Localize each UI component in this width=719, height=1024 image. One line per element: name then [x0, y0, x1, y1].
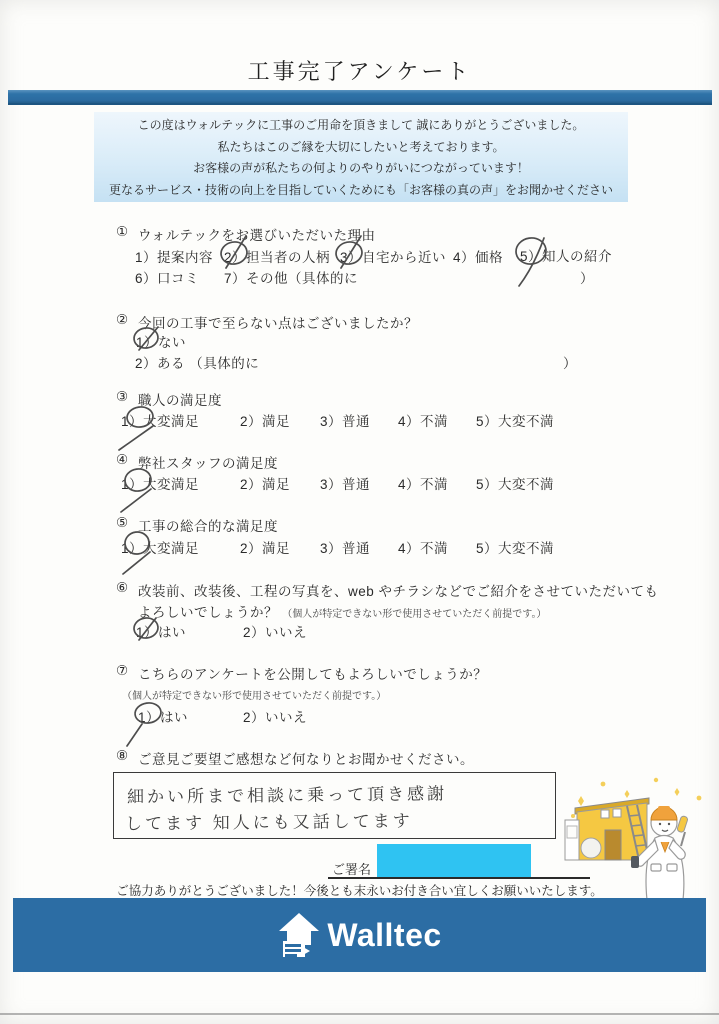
option-q7-yes: 1）はい [138, 706, 188, 726]
question-1-number: ① [116, 224, 128, 240]
option-q3-2: 2）満足 [240, 410, 290, 430]
question-6-title-line2-text: よろしいでしょうか？ [138, 605, 278, 620]
question-7-title: こちらのアンケートを公開してもよろしいでしょうか？ [138, 663, 487, 683]
option-q3-1: 1）大変満足 [121, 410, 199, 430]
intro-line: 私たちはこのご縁を大切にしたいと考えております。 [94, 138, 628, 155]
question-3-number: ③ [116, 389, 128, 405]
option-q1-2: 2）担当者の人柄 [224, 246, 330, 266]
scan-edge-line [0, 1013, 719, 1015]
question-6-title-line2: よろしいでしょうか？ （個人が特定できない形で使用させていただく前提です。） [138, 601, 546, 621]
option-q2-2: 2）ある （具体的に [135, 352, 259, 372]
option-q1-7: 7）その他（具体的に [224, 267, 358, 287]
question-5-number: ⑤ [116, 515, 128, 531]
handwritten-comment-line: してます 知人にも又話してます [125, 806, 413, 834]
question-2-title: 今回の工事で至らない点はございましたか？ [138, 312, 418, 332]
question-6-note: （個人が特定できない形で使用させていただく前提です。） [282, 609, 546, 620]
intro-line: この度はウォルテックに工事のご用命を頂きまして 誠にありがとうございました。 [94, 116, 628, 133]
question-6-title-line1: 改装前、改装後、工程の写真を、web やチラシなどでご紹介をさせていただいても [138, 580, 659, 600]
option-q2-1: 1）ない [136, 331, 186, 351]
walltec-house-logo-icon [277, 911, 321, 959]
option-q4-2: 2）満足 [240, 473, 290, 493]
page-title: 工事完了アンケート [0, 55, 719, 86]
question-7-number: ⑦ [116, 663, 128, 679]
option-q4-5: 5）大変不満 [476, 473, 554, 493]
footer-band: Walltec [13, 898, 706, 972]
question-2-number: ② [116, 312, 128, 328]
option-q1-5: 5）知人の紹介 [520, 245, 612, 265]
question-3-title: 職人の満足度 [138, 389, 222, 409]
question-4-title: 弊社スタッフの満足度 [138, 452, 278, 472]
option-q4-1: 1）大変満足 [121, 473, 199, 493]
signature-redaction [377, 844, 531, 878]
option-q5-4: 4）不満 [398, 537, 448, 557]
intro-line: お客様の声が私たちの何よりのやりがいにつながっています！ [94, 159, 628, 176]
walltec-logo-text: Walltec [327, 917, 441, 954]
question-7-note: （個人が特定できない形で使用させていただく前提です。） [122, 687, 386, 702]
option-q5-3: 3）普通 [320, 537, 370, 557]
option-q5-2: 2）満足 [240, 537, 290, 557]
option-q4-3: 3）普通 [320, 473, 370, 493]
option-q5-1: 1）大変満足 [121, 537, 199, 557]
signature-underline [328, 877, 590, 879]
house-icon [565, 798, 649, 860]
question-4-number: ④ [116, 452, 128, 468]
option-q4-4: 4）不満 [398, 473, 448, 493]
question-8-title: ご意見ご要望ご感想など何なりとお聞かせください。 [138, 748, 474, 768]
q2-aru-close-paren: ） [563, 352, 577, 372]
option-q7-no: 2）いいえ [243, 706, 307, 726]
intro-line: 更なるサービス・技術の向上を目指していくためにも「お客様の真の声」をお聞かせくだ… [94, 181, 628, 198]
question-5-title: 工事の総合的な満足度 [138, 515, 278, 535]
option-q1-6: 6）口コミ [135, 267, 199, 287]
circle-mark-q7-1-tail [127, 724, 142, 746]
option-q6-yes: 1）はい [136, 621, 186, 641]
handwritten-comment-line: 細かい所まで相談に乗って頂き感謝 [127, 779, 447, 807]
question-6-number: ⑥ [116, 580, 128, 596]
option-q3-4: 4）不満 [398, 410, 448, 430]
option-q6-no: 2）いいえ [243, 621, 307, 641]
closing-thanks: ご協力ありがとうございました！今後とも末永いお付き合い宜しくお願いいたします。 [0, 881, 719, 899]
option-q1-1: 1）提案内容 [135, 246, 213, 266]
q1-other-close-paren: ） [580, 267, 594, 287]
option-q3-5: 5）大変不満 [476, 410, 554, 430]
scanned-survey-page: 工事完了アンケート この度はウォルテックに工事のご用命を頂きまして 誠にありがと… [0, 0, 719, 1024]
signature-label: ご署名 [332, 859, 371, 878]
question-1-title: ウォルテックをお選びいただいた理由 [138, 224, 375, 244]
option-q1-3: 3）自宅から近い [340, 246, 446, 266]
intro-box: この度はウォルテックに工事のご用命を頂きまして 誠にありがとうございました。 私… [94, 112, 628, 202]
option-q1-4: 4）価格 [453, 246, 503, 266]
option-q3-3: 3）普通 [320, 410, 370, 430]
header-divider-bar [8, 90, 712, 105]
option-q5-5: 5）大変不満 [476, 537, 554, 557]
question-8-number: ⑧ [116, 748, 128, 764]
